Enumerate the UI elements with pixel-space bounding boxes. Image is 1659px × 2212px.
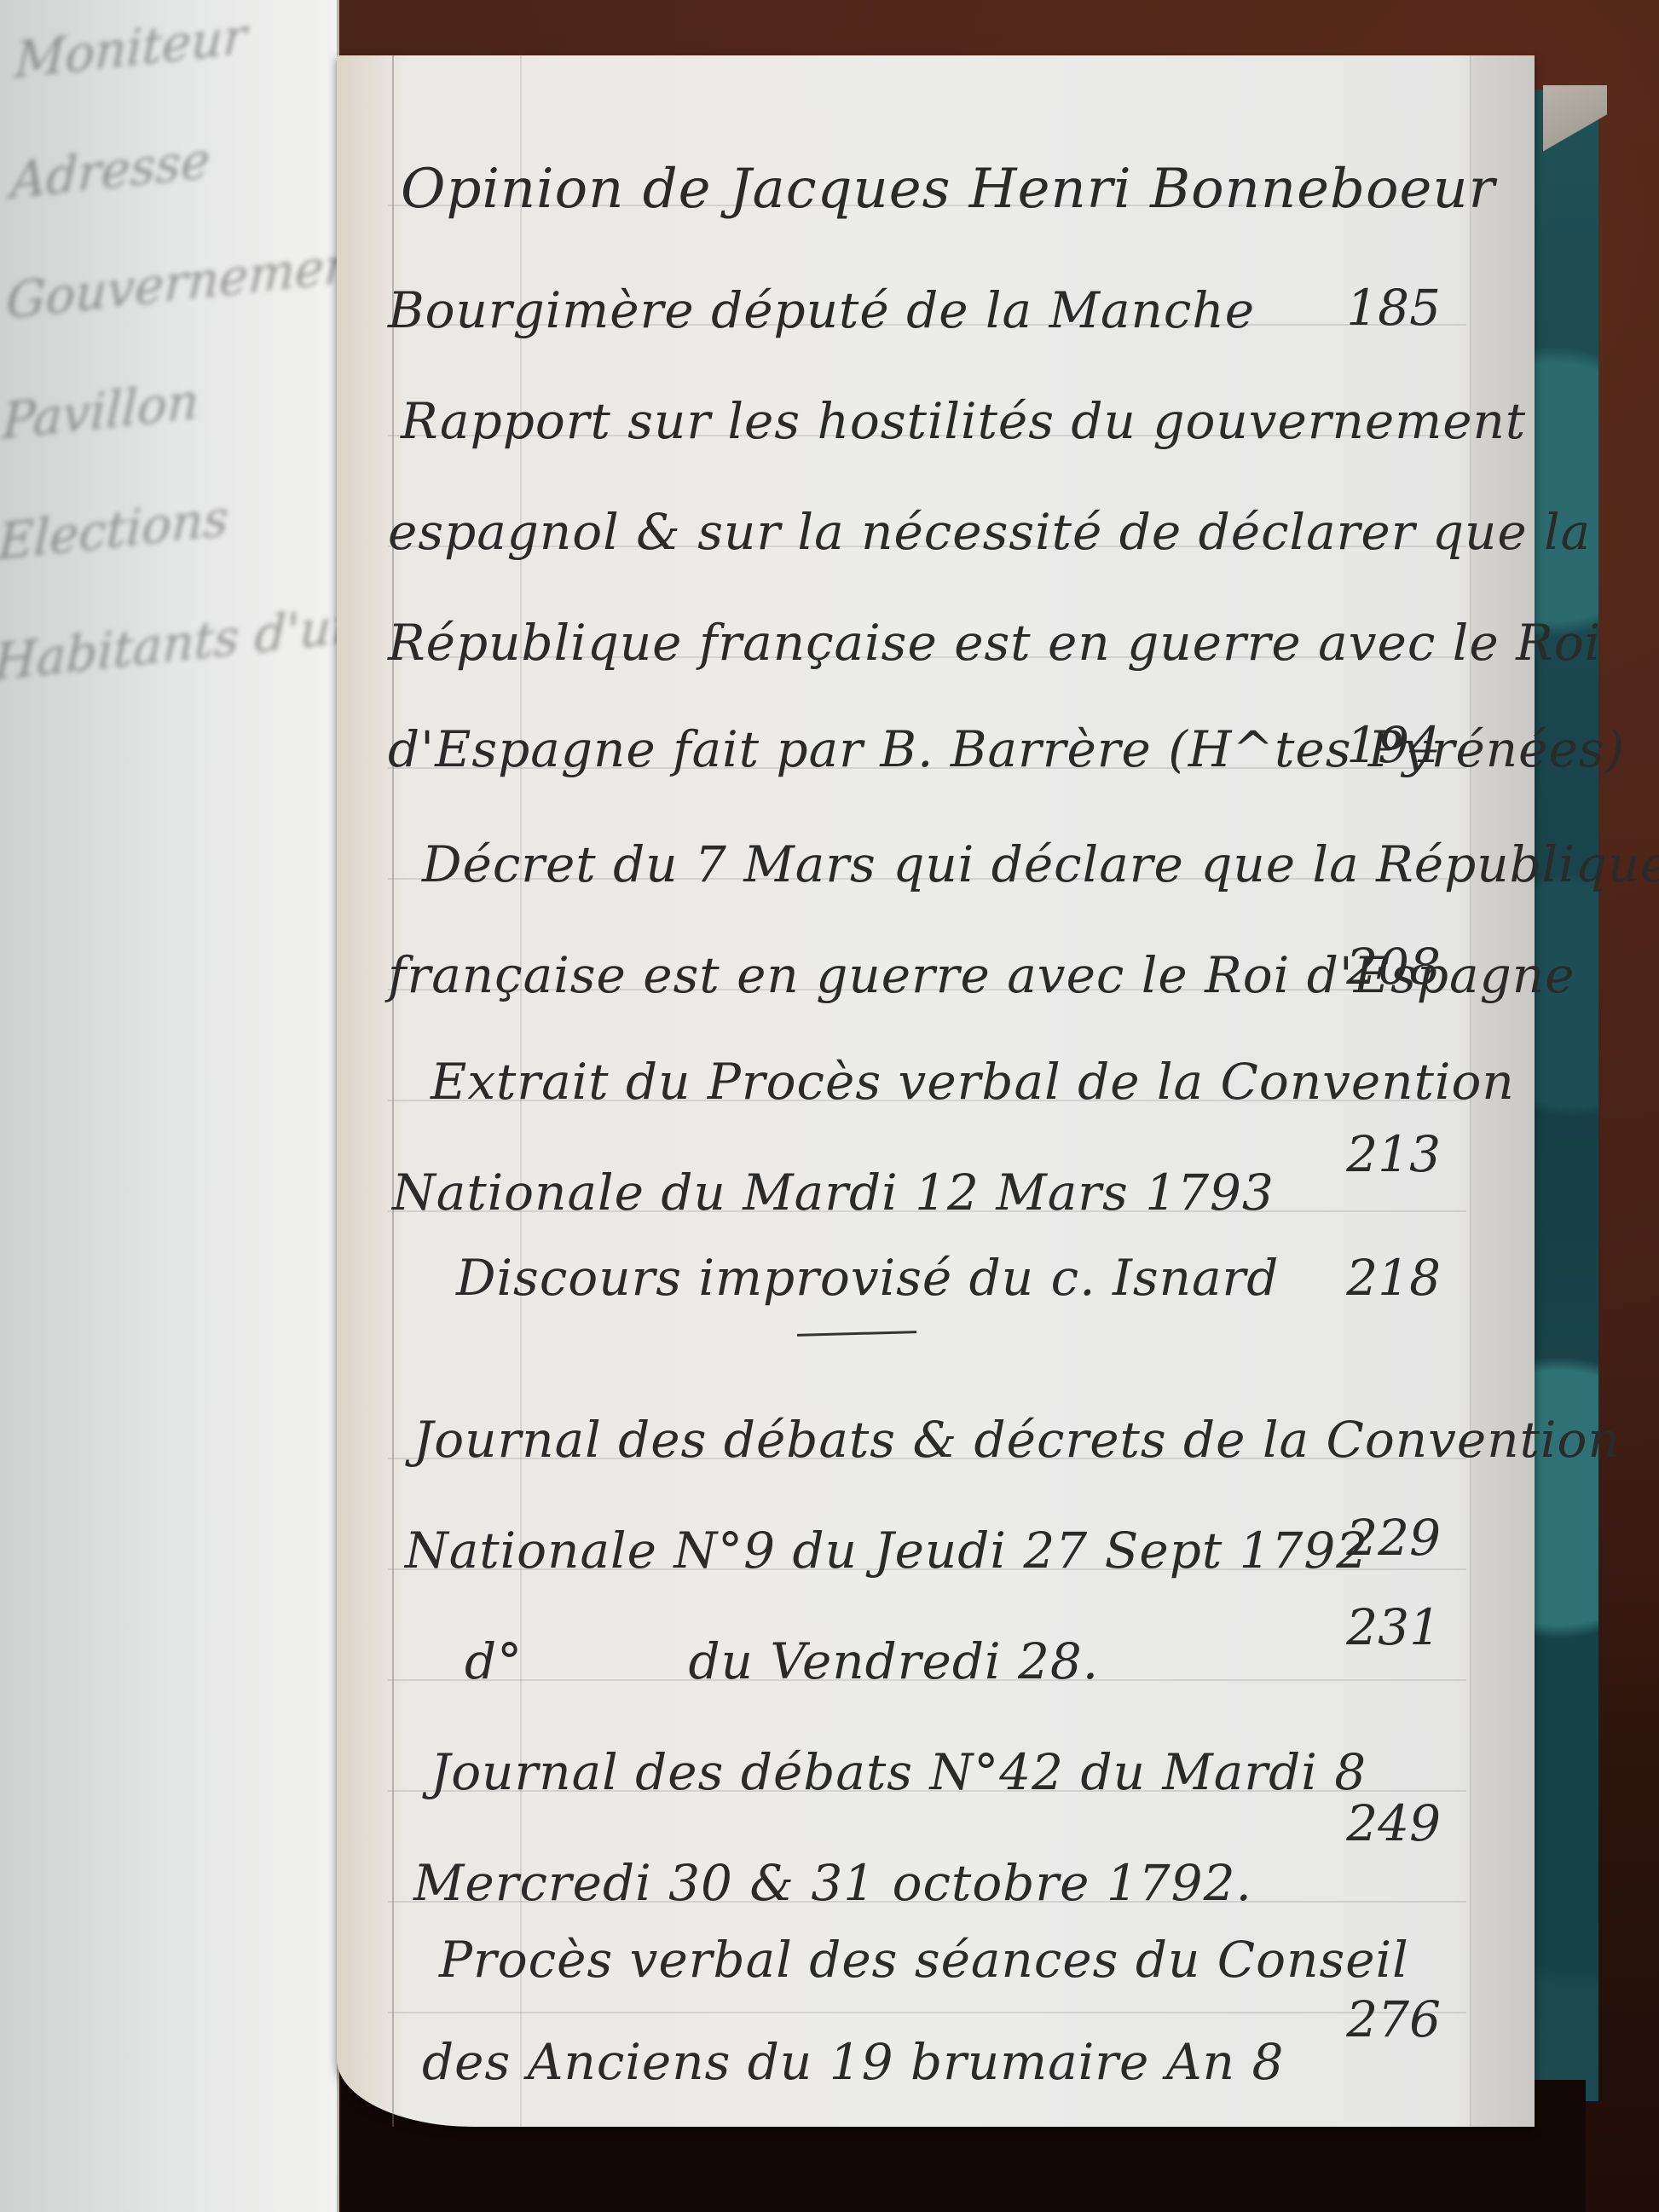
entry-line: d° du Vendredi 28. [465, 1632, 1099, 1690]
entry-line: Opinion de Jacques Henri Bonneboeur [401, 158, 1495, 221]
entry-line: Discours improvisé du c. Isnard [456, 1249, 1279, 1307]
page-number: 276 [1346, 1990, 1441, 2048]
page-number: 213 [1346, 1125, 1441, 1183]
entry-line: Journal des débats & décrets de la Conve… [413, 1411, 1621, 1469]
page-number: 249 [1346, 1794, 1441, 1852]
entry-line: Procès verbal des séances du Conseil [439, 1931, 1409, 1989]
page-number: 229 [1346, 1509, 1441, 1567]
entry-line: Mercredi 30 & 31 octobre 1792. [413, 1854, 1252, 1912]
page-number: 231 [1346, 1598, 1441, 1656]
entry-line: Journal des débats N°42 du Mardi 8 [431, 1743, 1367, 1801]
entry-line: Extrait du Procès verbal de la Conventio… [431, 1053, 1515, 1111]
section-separator [797, 1331, 916, 1337]
manuscript-page: Opinion de Jacques Henri Bonneboeur Bour… [337, 55, 1535, 2127]
entry-line: Rapport sur les hostilités du gouverneme… [401, 392, 1526, 450]
page-number: 218 [1346, 1249, 1441, 1307]
entry-line: espagnol & sur la nécessité de déclarer … [388, 503, 1591, 561]
left-page-blurred-text: Moniteur Adresse Gouvernement Pavillon E… [0, 0, 339, 723]
entry-line: Décret du 7 Mars qui déclare que la Répu… [422, 835, 1659, 893]
page-number: 185 [1346, 279, 1441, 337]
entry-line: Nationale N°9 du Jeudi 27 Sept 1792 [405, 1522, 1368, 1580]
index-entries: Opinion de Jacques Henri Bonneboeur Bour… [337, 55, 1535, 2127]
left-facing-page: Moniteur Adresse Gouvernement Pavillon E… [0, 0, 339, 2212]
cover-corner-leather [1543, 85, 1607, 158]
entry-line: des Anciens du 19 brumaire An 8 [422, 2033, 1284, 2091]
entry-line: Nationale du Mardi 12 Mars 1793 [392, 1164, 1275, 1222]
page-number: 194 [1346, 716, 1441, 774]
marbled-book-cover [1530, 90, 1598, 2101]
entry-line: Bourgimère député de la Manche [388, 281, 1255, 339]
page-number: 208 [1346, 938, 1441, 996]
entry-line: République française est en guerre avec … [388, 614, 1601, 672]
